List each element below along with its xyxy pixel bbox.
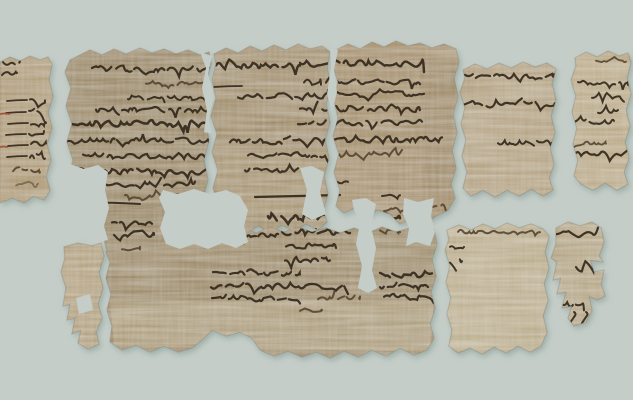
lacuna-notch [403,198,435,246]
ink-stroke-dash [6,112,26,113]
lacuna-center-left [159,189,248,249]
ink-stroke-dash [0,147,7,148]
ink-stroke-dash [6,134,26,135]
lacuna-left-mid [55,164,109,243]
ink-stroke-dash [0,114,9,115]
ink-stroke-dash [7,100,27,101]
papyrus-photograph [0,0,633,400]
ink-stroke-dash [8,145,28,146]
ink-stroke-dash [7,156,27,157]
ink-stroke-dash [8,123,28,124]
papyrus-scene [0,0,633,400]
ink-stroke-dash [214,86,242,87]
